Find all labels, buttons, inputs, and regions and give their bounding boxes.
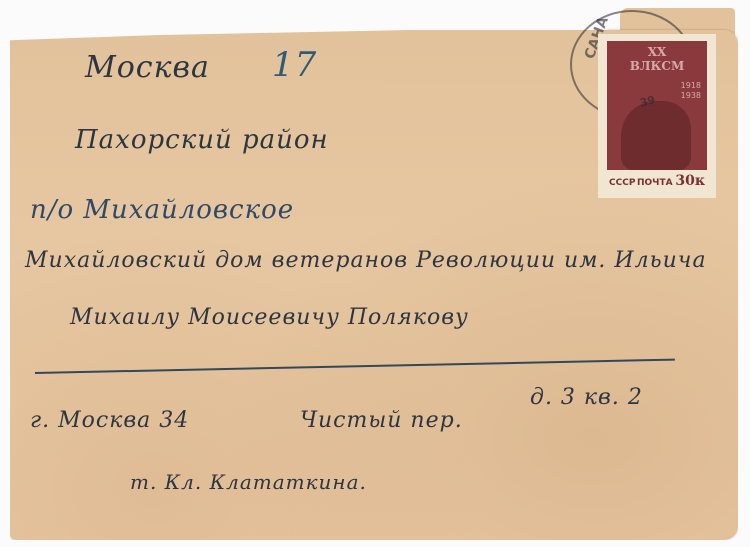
stamp-anniversary: XX: [607, 45, 707, 59]
address-city: Москва: [85, 50, 210, 85]
return-street: Чистый пер.: [300, 408, 463, 433]
address-district: Пахорский район: [75, 125, 329, 155]
stamp-years: 1918 1938: [681, 81, 701, 101]
address-city-number: 17: [272, 45, 317, 85]
stamp-org: ВЛКСМ: [607, 59, 707, 73]
address-recipient: Михаилу Моисеевичу Полякову: [70, 305, 469, 330]
address-institution: Михайловский дом ветеранов Революции им.…: [25, 248, 707, 273]
return-house: д. 3 кв. 2: [530, 385, 643, 410]
stamp-footer: СССР ПОЧТА 30к: [607, 170, 707, 190]
postage-stamp: XX ВЛКСМ 1918 1938 СССР ПОЧТА 30к: [600, 36, 714, 196]
return-sender: т. Кл. Клататкина.: [130, 470, 367, 494]
stamp-figure: [621, 101, 691, 171]
stamp-label: ПОЧТА: [637, 178, 673, 188]
stamp-denomination: 30к: [675, 173, 705, 189]
address-post-office: п/о Михайловское: [30, 195, 294, 225]
return-city: г. Москва 34: [30, 408, 189, 433]
stamp-country: СССР: [609, 178, 635, 188]
